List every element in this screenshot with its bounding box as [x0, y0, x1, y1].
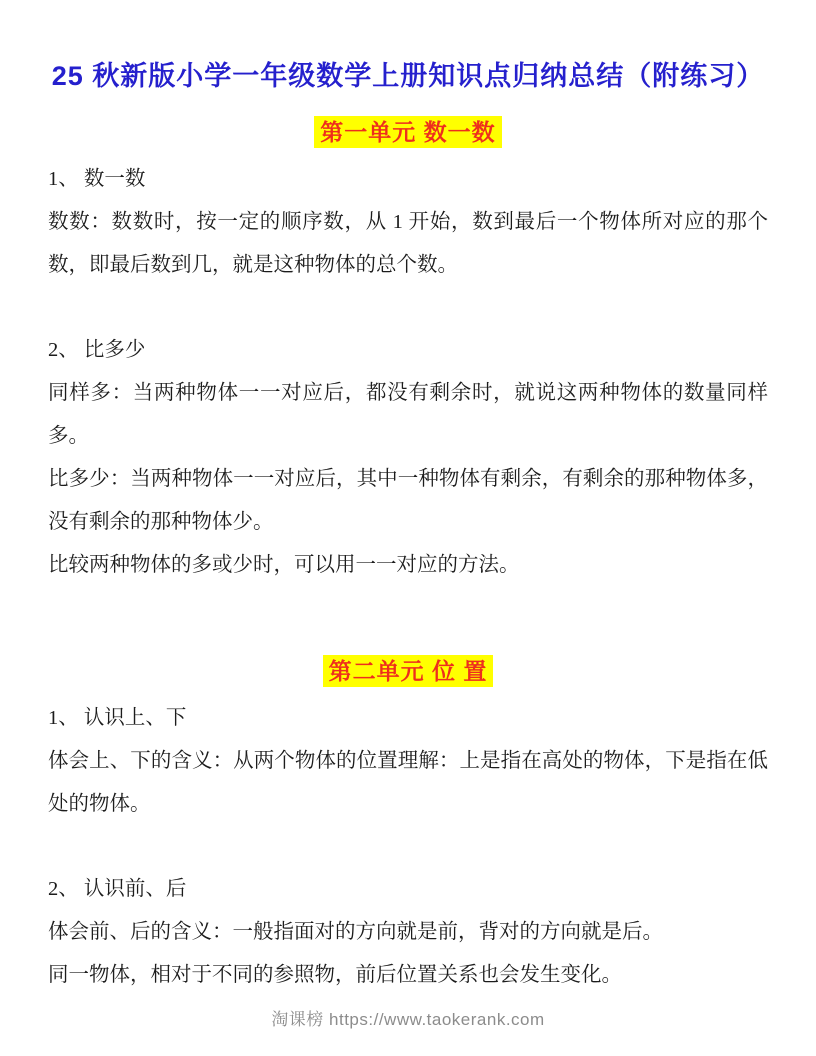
- section-2-item-1-heading: 1、 认识上、下: [48, 697, 768, 740]
- paragraph-compare-method: 比较两种物体的多或少时，可以用一一对应的方法。: [48, 544, 768, 587]
- document-content: 25 秋新版小学一年级数学上册知识点归纳总结（附练习） 第一单元 数一数 1、 …: [0, 58, 816, 997]
- section-gap: [48, 587, 768, 633]
- section-2-heading: 第二单元 位 置: [323, 655, 494, 687]
- document-title: 25 秋新版小学一年级数学上册知识点归纳总结（附练习）: [48, 58, 768, 94]
- paragraph-gap: [48, 826, 768, 868]
- section-1-item-1-heading: 1、 数一数: [48, 158, 768, 201]
- paragraph-same-amount-definition: 同样多：当两种物体一一对应后，都没有剩余时，就说这两种物体的数量同样多。: [48, 372, 768, 458]
- paragraph-compare-more-less-definition: 比多少：当两种物体一一对应后，其中一种物体有剩余，有剩余的那种物体多，没有剩余的…: [48, 458, 768, 544]
- section-2-heading-row: 第二单元 位 置: [48, 655, 768, 687]
- paragraph-reference-object-note: 同一物体，相对于不同的参照物，前后位置关系也会发生变化。: [48, 954, 768, 997]
- paragraph-up-down-meaning: 体会上、下的含义：从两个物体的位置理解：上是指在高处的物体，下是指在低处的物体。: [48, 740, 768, 826]
- paragraph-front-back-meaning: 体会前、后的含义：一般指面对的方向就是前，背对的方向就是后。: [48, 911, 768, 954]
- section-2-item-2-heading: 2、 认识前、后: [48, 868, 768, 911]
- paragraph-gap: [48, 287, 768, 329]
- section-1-heading-row: 第一单元 数一数: [48, 116, 768, 148]
- paragraph-counting-definition: 数数：数数时，按一定的顺序数，从 1 开始，数到最后一个物体所对应的那个数，即最…: [48, 201, 768, 287]
- section-1-item-2-heading: 2、 比多少: [48, 329, 768, 372]
- footer-watermark: 淘课榜 https://www.taokerank.com: [0, 1005, 816, 1030]
- section-1-heading: 第一单元 数一数: [314, 116, 501, 148]
- document-page: 25 秋新版小学一年级数学上册知识点归纳总结（附练习） 第一单元 数一数 1、 …: [0, 0, 816, 1056]
